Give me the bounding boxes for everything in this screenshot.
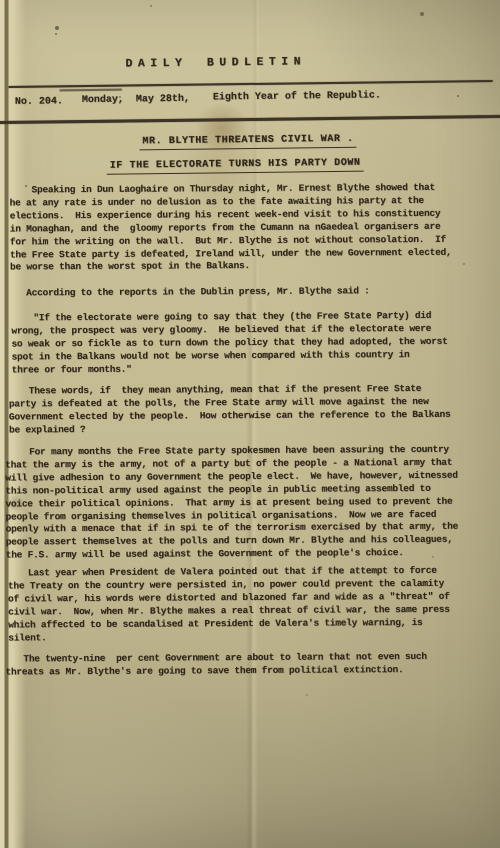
article-paragraph: Speaking in Dun Laoghaire on Thursday ni…: [9, 182, 451, 275]
article-paragraph: The twenty-nine per cent Government are …: [5, 651, 427, 679]
article-paragraph: Last year when President de Valera point…: [8, 565, 450, 645]
article-paragraph: For many months the Free State party spo…: [5, 444, 458, 563]
page-scan: DAILY BUDLETIN No. 204. Monday, May 28th…: [0, 0, 500, 848]
article-paragraph: These words, if they mean anything, mean…: [9, 383, 451, 437]
article-paragraph: According to the reports in the Dublin p…: [12, 285, 369, 300]
article-body: Speaking in Dun Laoghaire on Thursday ni…: [0, 0, 500, 848]
article-paragraph: "If the electorate were going to say tha…: [11, 310, 447, 377]
